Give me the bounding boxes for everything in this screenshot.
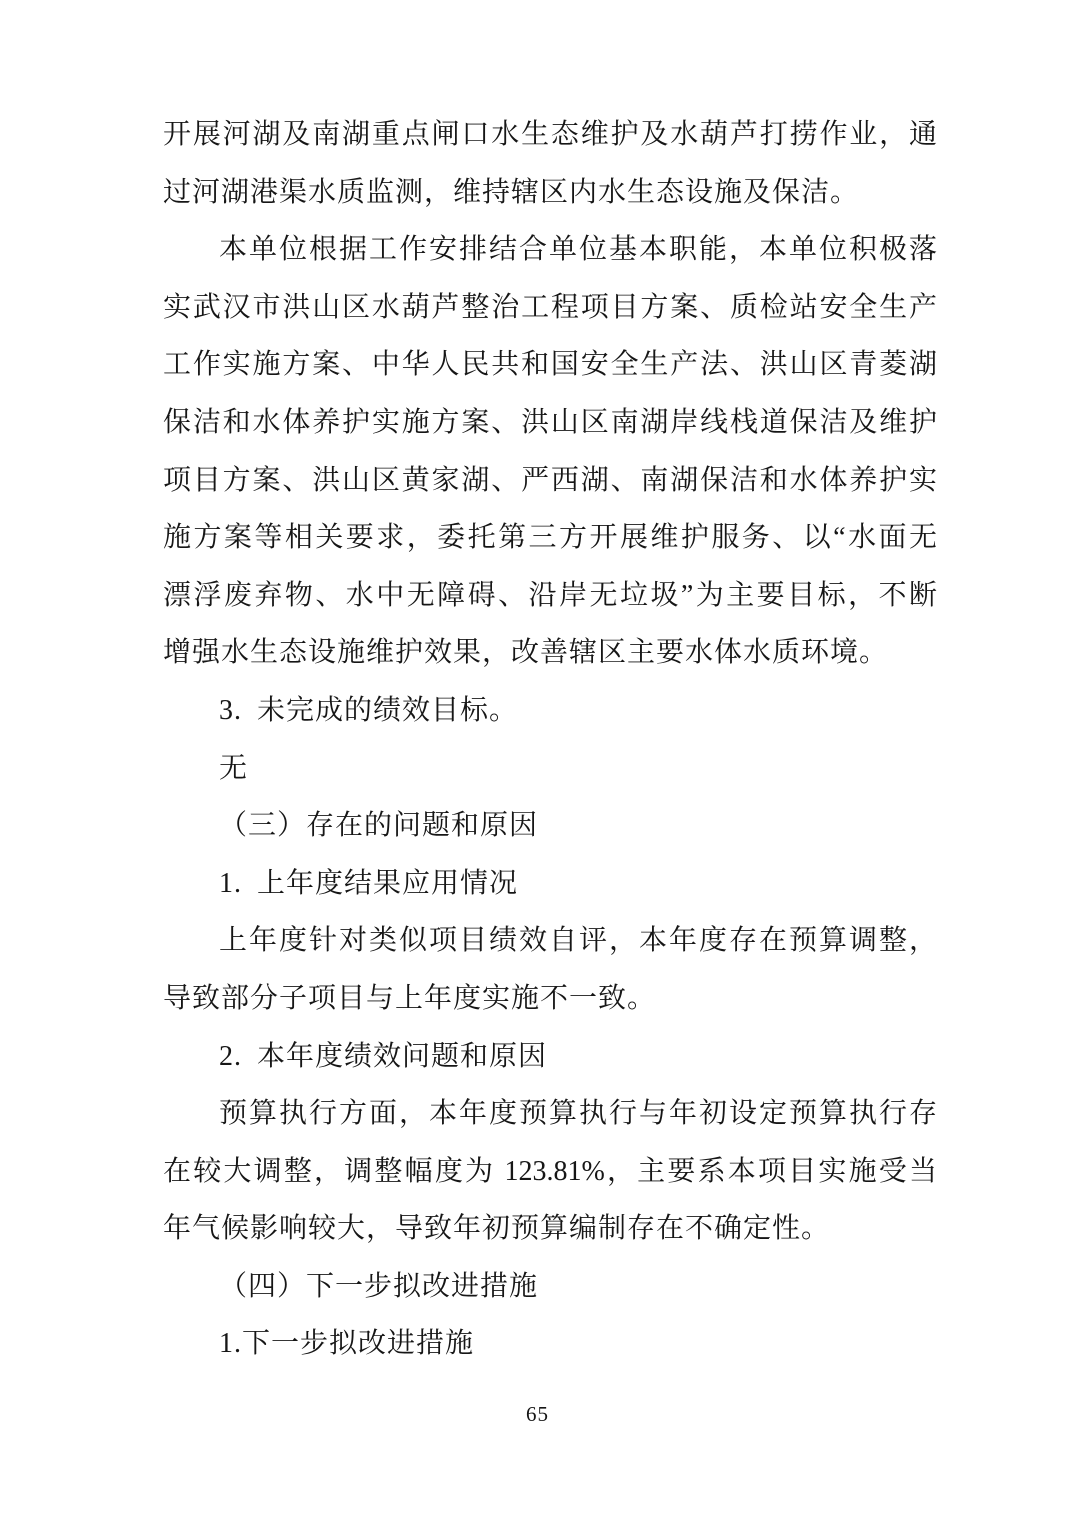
text-line: 本单位根据工作安排结合单位基本职能，本单位积极落 (163, 221, 937, 279)
text-line: 实武汉市洪山区水葫芦整治工程项目方案、质检站安全生产 (163, 279, 937, 337)
text-line: 年气候影响较大，导致年初预算编制存在不确定性。 (163, 1200, 937, 1258)
text-line: 无 (163, 740, 937, 798)
list-item-3-heading: 3. 未完成的绩效目标。 (163, 682, 937, 740)
text-line: 保洁和水体养护实施方案、洪山区南湖岸线栈道保洁及维护 (163, 394, 937, 452)
section-4-heading: （四）下一步拟改进措施 (163, 1258, 937, 1316)
text-body: 开展河湖及南湖重点闸口水生态维护及水葫芦打捞作业，通 过河湖港渠水质监测，维持辖… (163, 106, 937, 1373)
text-line: 导致部分子项目与上年度实施不一致。 (163, 970, 937, 1028)
text-line: 预算执行方面，本年度预算执行与年初设定预算执行存 (163, 1085, 937, 1143)
text-line: 施方案等相关要求，委托第三方开展维护服务、以“水面无 (163, 509, 937, 567)
text-line: 上年度针对类似项目绩效自评，本年度存在预算调整， (163, 912, 937, 970)
list-item-2-heading: 2. 本年度绩效问题和原因 (163, 1028, 937, 1086)
text-line: 开展河湖及南湖重点闸口水生态维护及水葫芦打捞作业，通 (163, 106, 937, 164)
text-line: 过河湖港渠水质监测，维持辖区内水生态设施及保洁。 (163, 164, 937, 222)
text-line: 漂浮废弃物、水中无障碍、沿岸无垃圾”为主要目标，不断 (163, 567, 937, 625)
section-3-heading: （三）存在的问题和原因 (163, 797, 937, 855)
document-page: 开展河湖及南湖重点闸口水生态维护及水葫芦打捞作业，通 过河湖港渠水质监测，维持辖… (0, 0, 1075, 1520)
list-item-1b-heading: 1.下一步拟改进措施 (163, 1315, 937, 1373)
list-item-1-heading: 1. 上年度结果应用情况 (163, 855, 937, 913)
text-line: 工作实施方案、中华人民共和国安全生产法、洪山区青菱湖 (163, 336, 937, 394)
text-line: 增强水生态设施维护效果，改善辖区主要水体水质环境。 (163, 624, 937, 682)
text-line: 在较大调整，调整幅度为 123.81%，主要系本项目实施受当 (163, 1143, 937, 1201)
page-number: 65 (0, 1402, 1075, 1427)
text-line: 项目方案、洪山区黄家湖、严西湖、南湖保洁和水体养护实 (163, 452, 937, 510)
